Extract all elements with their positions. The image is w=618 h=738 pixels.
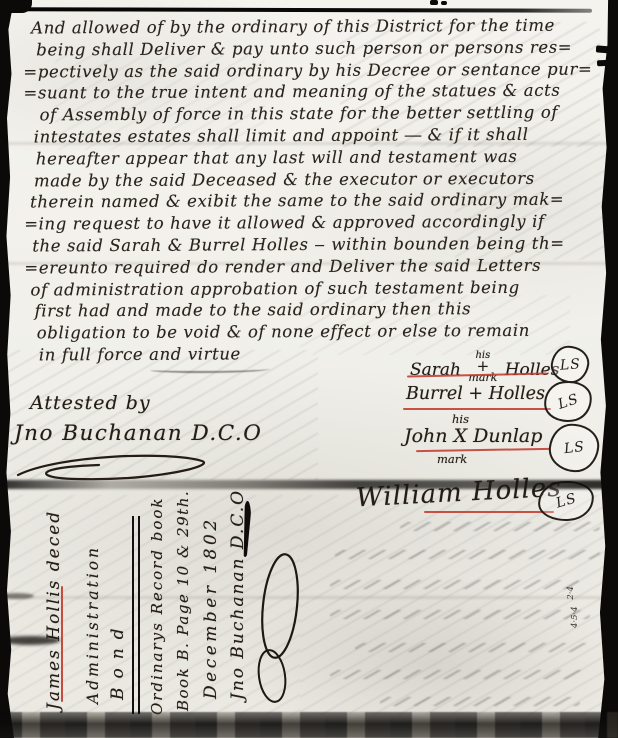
red-underline-vertical — [61, 586, 63, 702]
docket-signature-flourish — [248, 548, 310, 713]
body-line: =ing request to have it allowed & approv… — [24, 211, 593, 236]
docket-divider-rule — [132, 516, 140, 714]
signature-burrel-holles: Burrel + Holles — [406, 384, 545, 404]
signature-sarah-holles: Sarah his + mark Holles — [410, 350, 559, 383]
body-line: =pectively as the said ordinary by his D… — [23, 58, 592, 83]
scan-border-corner — [0, 0, 32, 13]
fold-smudge-streak — [0, 480, 614, 489]
body-line: of administration approbation of such te… — [24, 276, 593, 301]
attestation-clerk-signature: Jno Buchanan D.C.O — [14, 421, 262, 446]
margin-note-line: 4·5·4 — [570, 606, 580, 628]
body-line: obligation to be void & of none effect o… — [25, 320, 594, 345]
scan-bottom-smudge-band — [0, 712, 618, 738]
body-line: therein named & exibit the same to the s… — [24, 189, 593, 214]
body-line: made by the said Deceased & the executor… — [24, 167, 593, 192]
margin-note: 4·5·4 2·4 — [566, 586, 580, 628]
bleedthrough-text-row — [355, 643, 590, 652]
bleedthrough-text-row — [400, 522, 600, 531]
docket-doc-type: Bond — [108, 619, 128, 700]
edge-notch — [597, 60, 612, 67]
body-text: And allowed of by the ordinary of this D… — [23, 15, 594, 367]
signature-john-dunlap: John X Dunlap — [404, 425, 542, 447]
bleedthrough-text-row — [330, 610, 590, 619]
docket-doc-type: Administration — [84, 545, 102, 704]
bleedthrough-text-row — [330, 670, 585, 679]
edge-notch — [596, 45, 613, 53]
docket-clerk-signature: Jno Buchanan D.C.O — [228, 489, 248, 700]
seal-ls-icon: LS — [542, 379, 594, 425]
bleedthrough-text-row — [380, 697, 580, 706]
docket-record-book: Ordinarys Record book — [148, 497, 166, 715]
docket-date: December 1802 — [201, 516, 221, 699]
mark-label-mark: mark — [437, 452, 467, 466]
mark-label-his: his — [452, 412, 469, 426]
scan-border-top-line — [8, 7, 592, 13]
red-underline — [403, 408, 551, 410]
body-line: intestates estates shall limit and appoi… — [24, 123, 593, 148]
edge-speck — [441, 1, 447, 5]
docket-book-page: Book B. Page 10 & 29th. — [174, 490, 192, 711]
body-line: the said Sarah & Burrel Holles ‒ within … — [24, 232, 593, 257]
body-line: =ereunto required do render and Deliver … — [24, 254, 593, 279]
his-mark-stack: his + mark — [468, 350, 497, 383]
margin-note-line: 2·4 — [566, 586, 576, 600]
seal-ls-icon: LS — [547, 422, 601, 474]
body-line: being shall Deliver & pay unto such pers… — [23, 36, 592, 61]
body-line: hereafter appear that any last will and … — [24, 145, 593, 170]
body-line: first had and made to the said ordinary … — [25, 298, 594, 323]
red-underline — [424, 511, 554, 513]
bleedthrough-text-row — [335, 550, 600, 559]
edge-speck — [430, 0, 438, 5]
body-line: =suant to the true intent and meaning of… — [23, 80, 592, 105]
body-line: And allowed of by the ordinary of this D… — [23, 15, 592, 40]
bleedthrough-text-row — [330, 580, 580, 589]
body-line: of Assembly of force in this state for t… — [24, 102, 593, 127]
attestation-label: Attested by — [30, 392, 151, 414]
scanned-document-page: And allowed of by the ordinary of this D… — [0, 0, 618, 738]
